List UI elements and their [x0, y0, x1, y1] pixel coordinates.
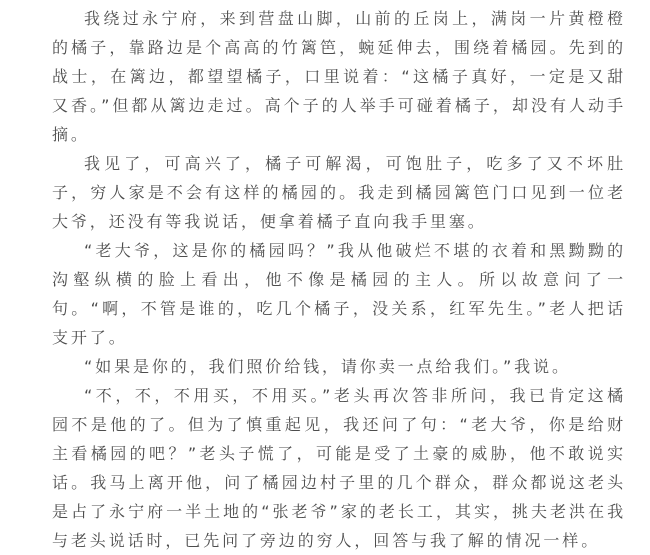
paragraph: “不，不，不用买，不用买。”老头再次答非所问，我已肯定这橘园不是他的了。但为了慎… — [52, 381, 626, 484]
paragraph: “如果是你的，我们照价给钱，请你卖一点给我们。”我说。 — [52, 352, 626, 381]
article-body: 我绕过永宁府，来到营盘山脚，山前的丘岗上，满岗一片黄橙橙的橘子，靠路边是个高高的… — [52, 4, 626, 484]
paragraph: “老大爷，这是你的橘园吗？”我从他破烂不堪的衣着和黑黝黝的沟壑纵横的脸上看出，他… — [52, 236, 626, 352]
paragraph: 我绕过永宁府，来到营盘山脚，山前的丘岗上，满岗一片黄橙橙的橘子，靠路边是个高高的… — [52, 4, 626, 149]
paragraph: 我见了，可高兴了，橘子可解渴，可饱肚子，吃多了又不坏肚子，穷人家是不会有这样的橘… — [52, 149, 626, 236]
